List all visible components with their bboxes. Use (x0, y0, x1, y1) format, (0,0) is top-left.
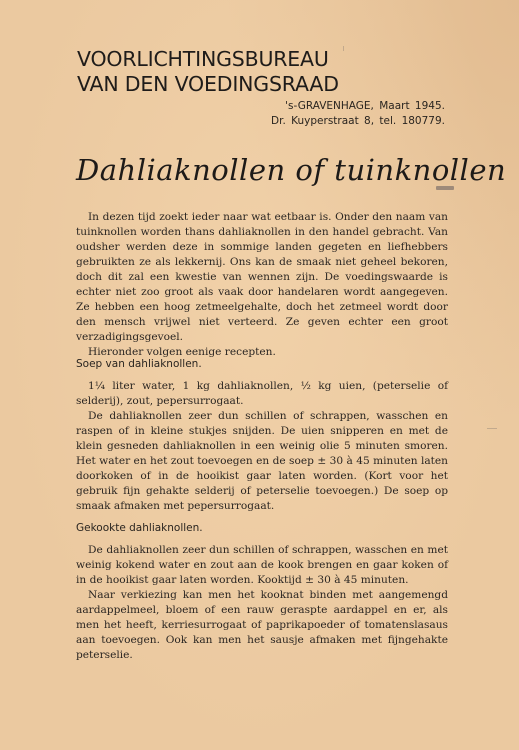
letterhead: VOORLICHTINGSBUREAU VAN DEN VOEDINGSRAAD (77, 47, 339, 97)
recipe-heading: Gekookte dahliaknollen. (76, 522, 203, 534)
paper-mark (487, 428, 497, 429)
street-address: Dr. Kuyperstraat 8, tel. 180779. (271, 114, 445, 129)
method-paragraph: De dahliaknollen zeer dun schillen of sc… (76, 409, 448, 514)
city-date: 's-GRAVENHAGE, Maart 1945. (271, 99, 445, 114)
ingredients-paragraph: 1¼ liter water, 1 kg dahliaknollen, ½ kg… (76, 379, 448, 409)
recipe-section: 1¼ liter water, 1 kg dahliaknollen, ½ kg… (76, 379, 448, 514)
document-title: Dahliaknollen of tuinknollen (76, 153, 506, 187)
recipe-section: De dahliaknollen zeer dun schillen of sc… (76, 543, 448, 663)
letterhead-line-1: VOORLICHTINGSBUREAU (77, 47, 339, 72)
pencil-mark (436, 186, 454, 190)
paper-mark (343, 46, 344, 51)
variation-paragraph: Naar verkiezing kan men het kooknat bind… (76, 588, 448, 663)
intro-paragraph: In dezen tijd zoekt ieder naar wat eetba… (76, 210, 448, 345)
recipe-heading: Soep van dahliaknollen. (76, 358, 202, 370)
document-page: VOORLICHTINGSBUREAU VAN DEN VOEDINGSRAAD… (0, 0, 519, 750)
letterhead-line-2: VAN DEN VOEDINGSRAAD (77, 72, 339, 97)
intro-section: In dezen tijd zoekt ieder naar wat eetba… (76, 210, 448, 360)
method-paragraph: De dahliaknollen zeer dun schillen of sc… (76, 543, 448, 588)
address-block: 's-GRAVENHAGE, Maart 1945. Dr. Kuyperstr… (271, 99, 445, 129)
